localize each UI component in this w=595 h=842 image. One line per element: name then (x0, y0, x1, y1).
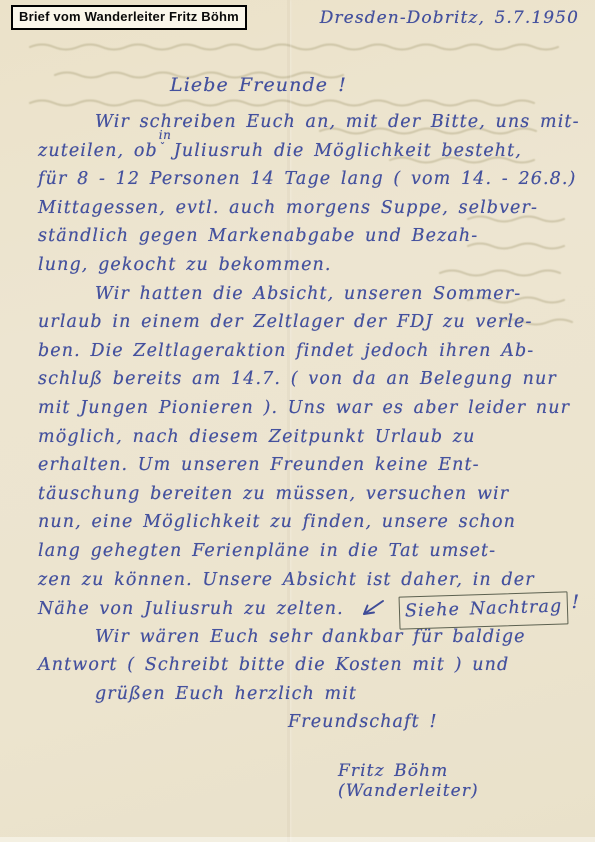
salutation: Liebe Freunde ! (170, 70, 578, 100)
nachtrag-note-text: Siehe Nachtrag (405, 597, 563, 622)
letter-line: für 8 - 12 Personen 14 Tage lang ( vom 1… (38, 165, 578, 194)
letter-line: Mittagessen, evtl. auch morgens Suppe, s… (38, 194, 578, 223)
letter-line-nachtrag: Nähe von Juliusruh zu zelten. Siehe Nach… (38, 594, 578, 623)
letter-line: Wir hatten die Absicht, unseren Sommer- (38, 280, 578, 309)
line-text: Nähe von Juliusruh zu zelten. (38, 599, 344, 619)
letter-line: mit Jungen Pionieren ). Uns war es aber … (38, 394, 578, 423)
letter-line: lang gehegten Ferienpläne in die Tat ums… (38, 537, 578, 566)
letter-line: Wir wären Euch sehr dankbar für baldige (38, 623, 578, 652)
letter-line: zen zu können. Unsere Absicht ist daher,… (38, 566, 578, 595)
letter-line: erhalten. Um unseren Freunden keine Ent- (38, 451, 578, 480)
archive-label: Brief vom Wanderleiter Fritz Böhm (11, 5, 247, 30)
letter-line: nun, eine Möglichkeit zu finden, unsere … (38, 508, 578, 537)
inserted-word: inˇ (158, 138, 174, 156)
letter-line: ständlich gegen Markenabgabe und Bezah- (38, 222, 578, 251)
letter-line: urlaub in einem der Zeltlager der FDJ zu… (38, 308, 578, 337)
nachtrag-note-box: Siehe Nachtrag (399, 591, 569, 629)
letter-line: Wir schreiben Euch an, mit der Bitte, un… (38, 108, 578, 137)
letter-line: Antwort ( Schreibt bitte die Kosten mit … (38, 651, 578, 680)
letter-line: täuschung bereiten zu müssen, versuchen … (38, 480, 578, 509)
letter-line: möglich, nach diesem Zeitpunkt Urlaub zu (38, 423, 578, 452)
closing-line: Freundschaft ! (38, 708, 578, 737)
archive-label-text: Brief vom Wanderleiter Fritz Böhm (19, 9, 239, 24)
letter-line: ben. Die Zeltlageraktion findet jedoch i… (38, 337, 578, 366)
signature: Fritz Böhm (Wanderleiter) (38, 761, 578, 801)
arrow-down-left-icon (359, 599, 385, 617)
letter-line: grüßen Euch herzlich mit (38, 680, 578, 709)
exclamation-mark: ! (571, 588, 580, 617)
caret-mark-icon: ˇ (160, 134, 167, 163)
line-text: zuteilen, ob (38, 141, 158, 161)
letter-line-with-insertion: zuteilen, obinˇJuliusruh die Möglichkeit… (38, 137, 578, 166)
letter-body: Liebe Freunde ! Wir schreiben Euch an, m… (38, 70, 578, 801)
letter-line: lung, gekocht zu bekommen. (38, 251, 578, 280)
dateline: Dresden-Dobritz, 5.7.1950 (320, 8, 579, 28)
line-text: Juliusruh die Möglichkeit besteht, (174, 141, 522, 161)
letter-line: schluß bereits am 14.7. ( von da an Bele… (38, 365, 578, 394)
scanned-letter-page: Brief vom Wanderleiter Fritz Böhm Dresde… (0, 0, 595, 842)
